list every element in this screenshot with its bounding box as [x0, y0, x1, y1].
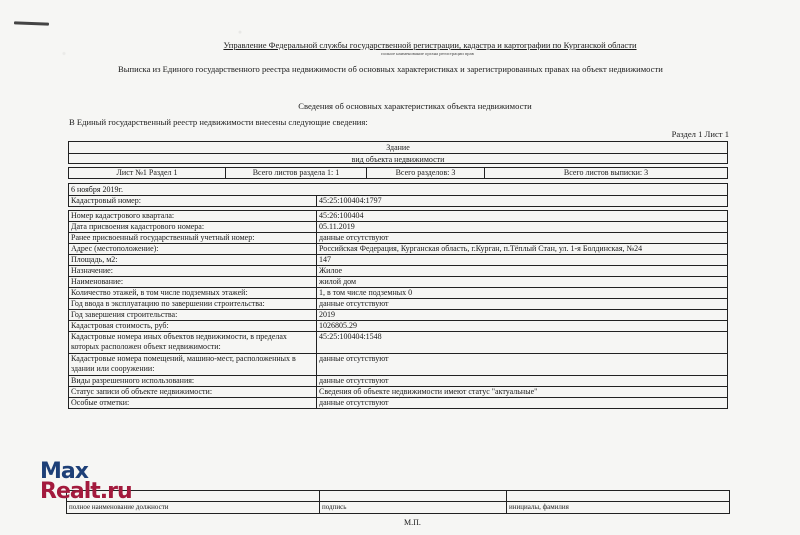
row-value: 05.11.2019 — [317, 222, 727, 232]
row-label: Особые отметки: — [69, 398, 317, 408]
table-row: Виды разрешенного использования:данные о… — [69, 375, 727, 386]
table-row: Назначение:Жилое — [69, 265, 727, 276]
row-value: данные отсутствуют — [317, 233, 727, 243]
row-value: Российская Федерация, Курганская область… — [317, 244, 727, 254]
table-row: Кадастровая стоимость, руб:1026805.29 — [69, 320, 727, 331]
row-label: Назначение: — [69, 266, 317, 276]
table-row: Наименование:жилой дом — [69, 276, 727, 287]
row-label: Наименование: — [69, 277, 317, 287]
cadastral-number-row: Кадастровый номер: 45:25:100404:1797 — [69, 195, 727, 206]
total-sheets: Всего листов выписки: 3 — [485, 168, 727, 178]
row-label: Площадь, м2: — [69, 255, 317, 265]
signature-caption: подпись — [320, 502, 507, 513]
watermark-logo: Max Realt.ru — [40, 462, 132, 502]
section-sheets: Всего листов раздела 1: 1 — [226, 168, 367, 178]
total-sections: Всего разделов: 3 — [367, 168, 485, 178]
row-value: 147 — [317, 255, 727, 265]
row-label: Кадастровые номера помещений, машино-мес… — [69, 354, 317, 375]
row-value: 45:26:100404 — [317, 211, 727, 221]
row-value: 2019 — [317, 310, 727, 320]
section-title: Сведения об основных характеристиках объ… — [0, 101, 800, 111]
object-type-box: Здание вид объекта недвижимости — [68, 141, 728, 164]
row-value: данные отсутствуют — [317, 376, 727, 386]
extract-title: Выписка из Единого государственного реес… — [118, 64, 663, 74]
row-label: Статус записи об объекте недвижимости: — [69, 387, 317, 397]
agency-name: Управление Федеральной службы государств… — [0, 40, 800, 50]
row-value: Жилое — [317, 266, 727, 276]
sheet-info: Лист №1 Раздел 1 Всего листов раздела 1:… — [68, 167, 728, 179]
row-value: 1026805.29 — [317, 321, 727, 331]
row-value: 1, в том числе подземных 0 — [317, 288, 727, 298]
section-reference: Раздел 1 Лист 1 — [672, 129, 729, 139]
signature-block: полное наименование должности подпись ин… — [66, 490, 730, 514]
date-cadastral-box: 6 ноября 2019г. Кадастровый номер: 45:25… — [68, 183, 728, 207]
document-page: Управление Федеральной службы государств… — [0, 0, 800, 535]
table-row: Кадастровые номера иных объектов недвижи… — [69, 331, 727, 353]
cadastral-number-value: 45:25:100404:1797 — [317, 196, 727, 206]
table-row: Год ввода в эксплуатацию по завершении с… — [69, 298, 727, 309]
table-row: Ранее присвоенный государственный учетны… — [69, 232, 727, 243]
watermark-line2: Realt.ru — [40, 482, 132, 502]
scan-artifact — [14, 21, 49, 25]
stamp-place: М.П. — [404, 518, 421, 527]
extract-date: 6 ноября 2019г. — [69, 184, 727, 195]
table-row: Кадастровые номера помещений, машино-мес… — [69, 353, 727, 375]
sheet-number: Лист №1 Раздел 1 — [69, 168, 226, 178]
row-label: Количество этажей, в том числе подземных… — [69, 288, 317, 298]
row-label: Адрес (местоположение): — [69, 244, 317, 254]
table-row: Особые отметки:данные отсутствуют — [69, 397, 727, 408]
row-value: данные отсутствуют — [317, 354, 727, 375]
object-type-caption: вид объекта недвижимости — [69, 153, 727, 165]
cadastral-number-label: Кадастровый номер: — [69, 196, 317, 206]
row-value: данные отсутствуют — [317, 299, 727, 309]
row-label: Кадастровые номера иных объектов недвижи… — [69, 332, 317, 353]
table-row: Площадь, м2:147 — [69, 254, 727, 265]
row-value: жилой дом — [317, 277, 727, 287]
characteristics-table: Номер кадастрового квартала:45:26:100404… — [68, 210, 728, 409]
object-type: Здание — [69, 142, 727, 153]
row-label: Ранее присвоенный государственный учетны… — [69, 233, 317, 243]
table-row: Дата присвоения кадастрового номера:05.1… — [69, 221, 727, 232]
name-caption: инициалы, фамилия — [507, 502, 729, 513]
table-row: Номер кадастрового квартала:45:26:100404 — [69, 211, 727, 221]
intro-text: В Единый государственный реестр недвижим… — [69, 117, 368, 127]
row-label: Виды разрешенного использования: — [69, 376, 317, 386]
row-label: Номер кадастрового квартала: — [69, 211, 317, 221]
row-value: 45:25:100404:1548 — [317, 332, 727, 353]
agency-caption: полное наименование органа регистрации п… — [0, 51, 800, 56]
table-row: Количество этажей, в том числе подземных… — [69, 287, 727, 298]
table-row: Год завершения строительства:2019 — [69, 309, 727, 320]
table-row: Статус записи об объекте недвижимости:Св… — [69, 386, 727, 397]
row-label: Год завершения строительства: — [69, 310, 317, 320]
table-row: Адрес (местоположение):Российская Федера… — [69, 243, 727, 254]
row-value: данные отсутствуют — [317, 398, 727, 408]
row-value: Сведения об объекте недвижимости имеют с… — [317, 387, 727, 397]
row-label: Дата присвоения кадастрового номера: — [69, 222, 317, 232]
row-label: Год ввода в эксплуатацию по завершении с… — [69, 299, 317, 309]
row-label: Кадастровая стоимость, руб: — [69, 321, 317, 331]
